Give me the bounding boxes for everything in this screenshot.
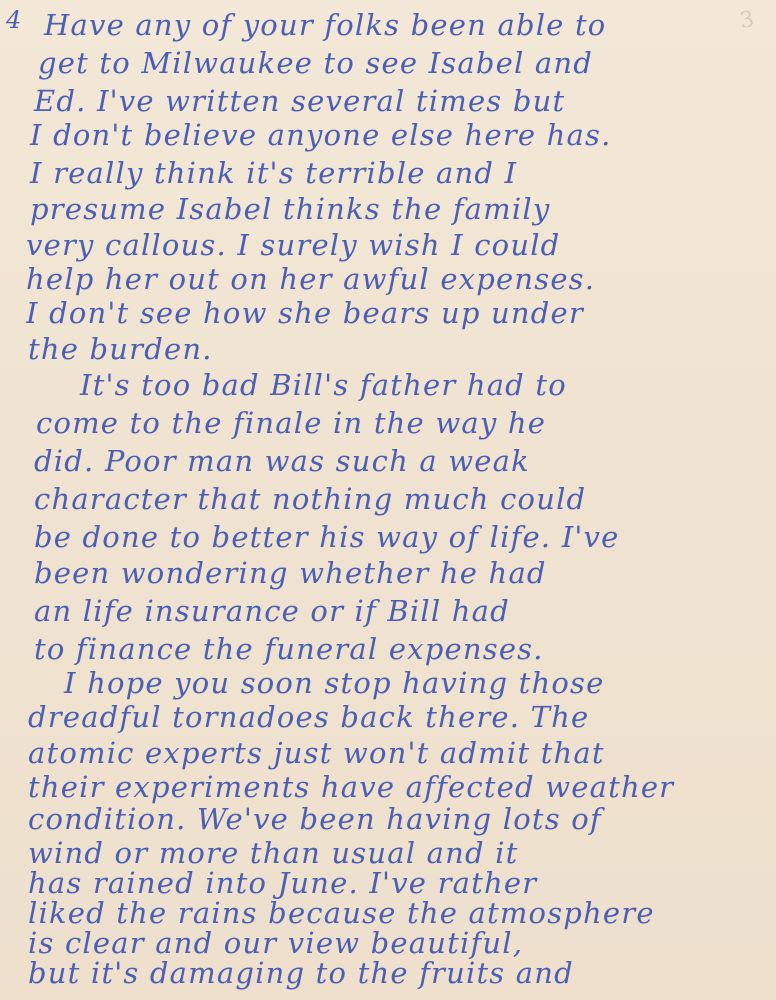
letter-line: help her out on her awful expenses.: [26, 262, 595, 296]
letter-line: character that nothing much could: [34, 482, 586, 516]
letter-line: very callous. I surely wish I could: [26, 228, 560, 262]
letter-line: wind or more than usual and it: [28, 836, 519, 870]
letter-line: is clear and our view beautiful,: [28, 926, 523, 960]
letter-line: presume Isabel thinks the family: [30, 192, 550, 226]
letter-line: to finance the funeral expenses.: [34, 632, 544, 666]
page-number: 4: [6, 6, 22, 34]
letter-line: atomic experts just won't admit that: [28, 736, 605, 770]
letter-line: their experiments have affected weather: [28, 770, 674, 804]
letter-line: did. Poor man was such a weak: [34, 444, 530, 478]
handwritten-letter: 4 Have any of your folks been able to ge…: [0, 0, 776, 1000]
letter-line: I hope you soon stop having those: [64, 666, 605, 700]
letter-line: It's too bad Bill's father had to: [80, 368, 567, 402]
letter-line: I don't believe anyone else here has.: [30, 118, 612, 152]
letter-line: has rained into June. I've rather: [28, 866, 537, 900]
letter-line: been wondering whether he had: [34, 556, 547, 590]
letter-line: Ed. I've written several times but: [34, 84, 565, 118]
letter-line: but it's damaging to the fruits and: [28, 956, 574, 990]
letter-line: get to Milwaukee to see Isabel and: [38, 46, 593, 80]
letter-line: Have any of your folks been able to: [44, 8, 606, 42]
letter-line: the burden.: [28, 332, 213, 366]
letter-line: I don't see how she bears up under: [26, 296, 584, 330]
letter-line: come to the finale in the way he: [36, 406, 546, 440]
letter-line: be done to better his way of life. I've: [34, 520, 619, 554]
letter-page: 3 4 Have any of your folks been able to …: [0, 0, 776, 1000]
letter-line: condition. We've been having lots of: [28, 802, 602, 836]
letter-line: dreadful tornadoes back there. The: [28, 700, 589, 734]
letter-line: I really think it's terrible and I: [30, 156, 517, 190]
letter-line: liked the rains because the atmosphere: [28, 896, 655, 930]
letter-line: an life insurance or if Bill had: [34, 594, 510, 628]
